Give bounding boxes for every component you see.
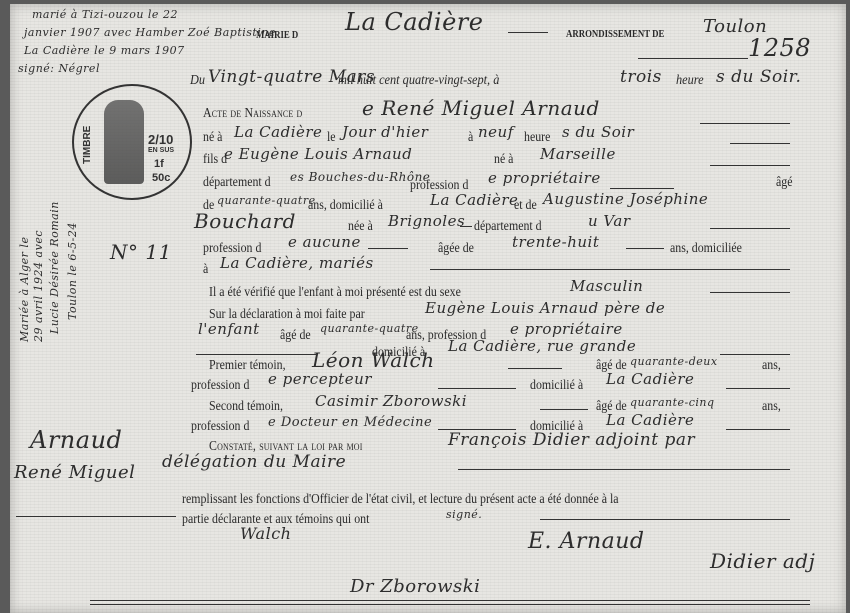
declarant-domicile: La Cadière, rue grande <box>448 337 636 355</box>
mother-profession: e aucune <box>288 233 361 251</box>
margin-note-line-2: janvier 1907 avec Hamber Zoé Baptistine <box>24 26 276 39</box>
father-domicile: La Cadière <box>430 191 518 209</box>
witness1-name: Léon Walch <box>312 348 435 372</box>
stamp-price-top: 1f <box>154 158 164 170</box>
declarant-profession: e propriétaire <box>510 320 623 338</box>
vertical-note-1: Mariée à Alger le <box>18 237 31 342</box>
father-name: e Eugène Louis Arnaud <box>224 145 412 163</box>
officer-delegation: délégation du Maire <box>162 452 346 472</box>
closing-line-1: remplissant les fonctions d'Officier de … <box>182 491 619 507</box>
father-age: quarante-quatre <box>217 194 316 207</box>
witness2-label: Second témoin, <box>209 398 283 414</box>
witness1-ans: ans, <box>762 357 781 373</box>
margin-given-names: René Miguel <box>14 462 135 483</box>
declarant-relation: l'enfant <box>198 320 260 338</box>
father-domicile-label: ans, domicilié à <box>308 197 383 213</box>
hour-suffix: s du Soir. <box>716 67 801 87</box>
child-name: e René Miguel Arnaud <box>362 96 600 120</box>
witness2-name: Casimir Zborowski <box>315 392 467 410</box>
acte-label: Acte de Naissance d <box>203 105 302 121</box>
vertical-note-2: 29 avril 1924 avec <box>32 230 45 342</box>
tax-stamp: TIMBRE 2/10 EN SUS 1f 50c <box>72 84 192 200</box>
witness2-profession: e Docteur en Médecine <box>268 415 432 430</box>
vertical-note-4: Toulon le 6-5-24 <box>66 222 79 320</box>
le-label: le <box>327 129 336 145</box>
mother-age: trente-huit <box>512 233 599 251</box>
witness2-domicile: La Cadière <box>606 411 694 429</box>
signature-walch: Walch <box>240 524 291 543</box>
margin-note-line-1: marié à Tizi-ouzou le 22 <box>32 8 178 21</box>
ne-a-label: né à <box>203 129 222 145</box>
witness1-age: quarante-deux <box>630 355 718 368</box>
birth-hour-suffix: s du Soir <box>562 123 634 141</box>
birth-hour-label: heure <box>524 129 550 145</box>
stamp-price-bottom: 50c <box>152 172 170 184</box>
mairie-value: La Cadière <box>345 8 483 36</box>
witness1-prof-label: profession d <box>191 377 249 393</box>
mother-domicile: La Cadière, mariés <box>220 254 374 272</box>
hour-label: heure <box>676 73 704 89</box>
mother-dept-label: département d <box>474 218 542 234</box>
mairie-label: MAIRIE D <box>256 30 298 41</box>
birth-place: La Cadière <box>234 123 322 141</box>
vertical-note-3: Lucie Désirée Romain <box>48 201 61 334</box>
justice-figure-icon <box>104 100 144 184</box>
nee-a-label: née à <box>348 218 373 234</box>
declarant-name: Eugène Louis Arnaud père de <box>425 299 665 317</box>
father-birthplace: Marseille <box>540 145 616 163</box>
margin-note-line-3: La Cadière le 9 mars 1907 <box>24 44 185 57</box>
arrondissement-label: ARRONDISSEMENT DE <box>566 29 664 40</box>
stamp-label: TIMBRE <box>82 126 93 164</box>
mother-age-label: âgée de <box>438 240 474 256</box>
birth-day: Jour d'hier <box>342 123 428 141</box>
stamp-fraction: 2/10 <box>148 132 173 147</box>
mother-first-names: Augustine Joséphine <box>543 190 708 208</box>
age-label: âgé <box>776 174 792 190</box>
witness1-profession: e percepteur <box>268 370 372 388</box>
witness1-domicile-label: domicilié à <box>530 377 583 393</box>
father-profession: e propriétaire <box>488 169 601 187</box>
a-label: à <box>203 261 208 277</box>
signature-zborowski: Dr Zborowski <box>350 576 480 597</box>
marginal-number: 1258 <box>748 34 811 62</box>
mother-surname: Bouchard <box>194 209 296 233</box>
margin-note-line-4: signé: Négrel <box>18 62 100 75</box>
date-print: mil huit cent quatre-vingt-sept, à <box>338 73 499 89</box>
declarant-age-label: âgé de <box>280 327 311 343</box>
mother-birthplace: Brignoles <box>388 212 465 230</box>
birth-hour: neuf <box>478 123 514 141</box>
birth-record-page: marié à Tizi-ouzou le 22 janvier 1907 av… <box>10 4 846 613</box>
witness1-domicile: La Cadière <box>606 370 694 388</box>
mother-domicile-label: ans, domiciliée <box>670 240 742 256</box>
witness2-ans: ans, <box>762 398 781 414</box>
hour-value: trois <box>620 67 662 87</box>
date-intro: Du <box>190 73 205 89</box>
father-ne-a-label: né à <box>494 151 513 167</box>
witness2-prof-label: profession d <box>191 418 249 434</box>
sex-line-label: Il a été vérifié que l'enfant à moi prés… <box>209 284 461 300</box>
signature-didier: Didier adj <box>710 549 815 573</box>
declarant-age: quarante-quatre <box>320 322 419 335</box>
closing-signed: signé. <box>446 508 482 521</box>
witness2-age: quarante-cinq <box>630 396 715 409</box>
mother-dept: u Var <box>588 212 631 230</box>
signature-arnaud: E. Arnaud <box>528 529 645 554</box>
record-number: N° 11 <box>110 240 172 264</box>
sex-value: Masculin <box>570 277 643 295</box>
et-de-label: et de <box>514 197 537 213</box>
birth-hour-pre: à <box>468 129 473 145</box>
margin-surname: Arnaud <box>30 426 122 454</box>
father-dept-label: département d <box>203 174 271 190</box>
stamp-sub: EN SUS <box>148 147 174 154</box>
officer-name: François Didier adjoint par <box>448 430 695 450</box>
